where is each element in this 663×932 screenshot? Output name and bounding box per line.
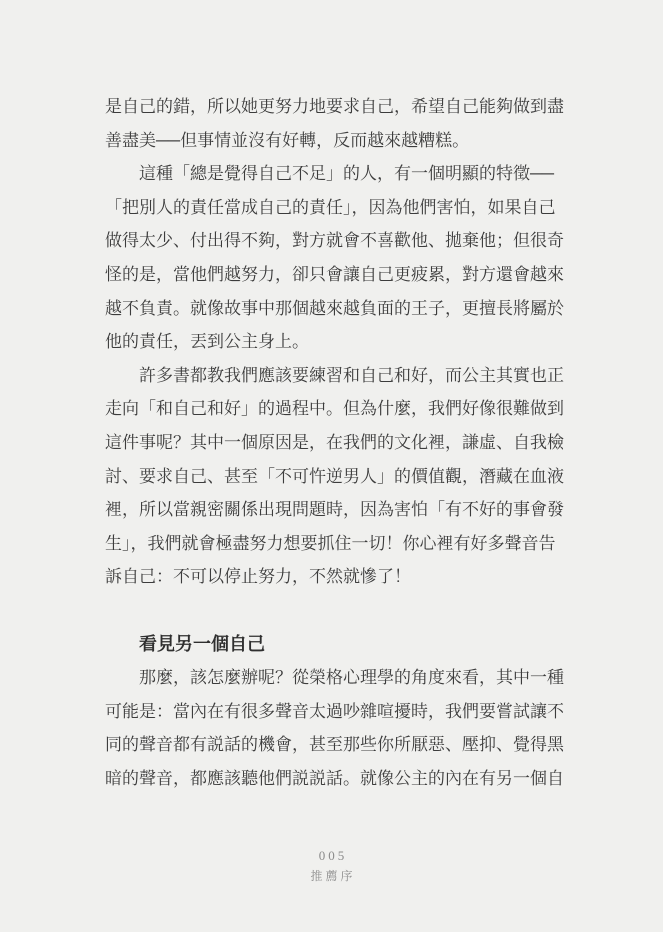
body-paragraph: 這種「總是覺得自己不足」的人，有一個明顯的特徵──「把別人的責任當成自己的責任」…	[105, 157, 575, 359]
text-line: 暗的聲音，都應該聽他們説説話。就像公主的內在有另一個自	[105, 762, 575, 796]
section-heading: 看見另一個自己	[105, 628, 575, 662]
text-line: 同的聲音都有説話的機會，甚至那些你所厭惡、壓抑、覺得黑	[105, 728, 575, 762]
body-paragraph: 是自己的錯，所以她更努力地要求自己，希望自己能夠做到盡善盡美──但事情並沒有好轉…	[105, 90, 575, 157]
text-line: 他的責任，丟到公主身上。	[105, 325, 575, 359]
text-line: 這件事呢？其中一個原因是，在我們的文化裡，謙虛、自我檢	[105, 426, 575, 460]
page-number: 005	[0, 846, 663, 866]
text-block: 是自己的錯，所以她更努力地要求自己，希望自己能夠做到盡善盡美──但事情並沒有好轉…	[105, 90, 575, 795]
text-line: 走向「和自己和好」的過程中。但為什麼，我們好像很難做到	[105, 392, 575, 426]
text-line: 做得太少、付出得不夠，對方就會不喜歡他、拋棄他；但很奇	[105, 224, 575, 258]
text-line: 怪的是，當他們越努力，卻只會讓自己更疲累，對方還會越來	[105, 258, 575, 292]
book-page: { "page": { "background_color": "#f0f0ee…	[0, 0, 663, 932]
text-line: 可能是：當內在有很多聲音太過吵雜喧擾時，我們要嘗試讓不	[105, 695, 575, 729]
body-paragraph: 那麼，該怎麼辦呢？從榮格心理學的角度來看，其中一種可能是：當內在有很多聲音太過吵…	[105, 661, 575, 795]
text-line: 討、要求自己、甚至「不可忤逆男人」的價值觀，潛藏在血液	[105, 460, 575, 494]
footer-section-title: 推薦序	[0, 866, 663, 886]
page-footer: 005 推薦序	[0, 846, 663, 886]
text-line: 這種「總是覺得自己不足」的人，有一個明顯的特徵──	[105, 157, 575, 191]
body-paragraph: 許多書都教我們應該要練習和自己和好，而公主其實也正走向「和自己和好」的過程中。但…	[105, 359, 575, 594]
text-line: 「把別人的責任當成自己的責任」，因為他們害怕，如果自己	[105, 191, 575, 225]
text-line: 是自己的錯，所以她更努力地要求自己，希望自己能夠做到盡	[105, 90, 575, 124]
text-line: 越不負責。就像故事中那個越來越負面的王子，更擅長將屬於	[105, 292, 575, 326]
text-line: 裡，所以當親密關係出現問題時，因為害怕「有不好的事會發	[105, 493, 575, 527]
text-line: 那麼，該怎麼辦呢？從榮格心理學的角度來看，其中一種	[105, 661, 575, 695]
text-line: 訴自己：不可以停止努力，不然就慘了！	[105, 560, 575, 594]
text-line: 善盡美──但事情並沒有好轉，反而越來越糟糕。	[105, 124, 575, 158]
page: 是自己的錯，所以她更努力地要求自己，希望自己能夠做到盡善盡美──但事情並沒有好轉…	[0, 0, 663, 932]
text-line: 許多書都教我們應該要練習和自己和好，而公主其實也正	[105, 359, 575, 393]
text-line: 生」，我們就會極盡努力想要抓住一切！你心裡有好多聲音告	[105, 527, 575, 561]
